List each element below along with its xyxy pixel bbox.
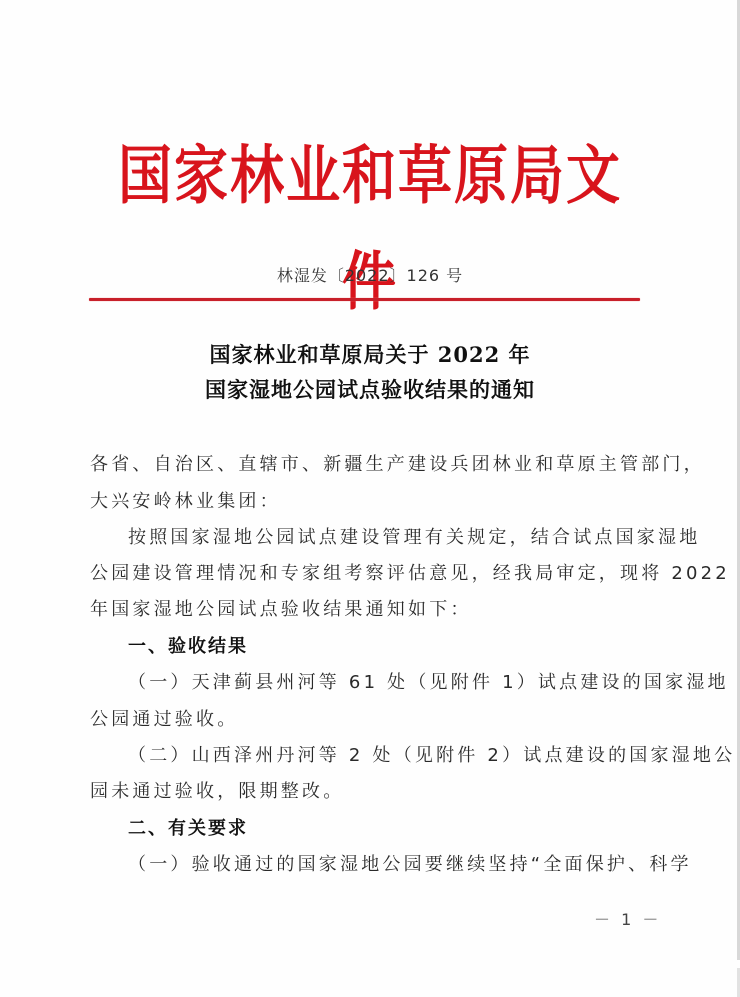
paragraph-line: 公园建设管理情况和专家组考察评估意见，经我局审定，现将 2022 <box>90 559 650 585</box>
paragraph-line: （二）山西泽州丹河等 2 处（见附件 2）试点建设的国家湿地公 <box>128 741 688 767</box>
addressee-line-2: 大兴安岭林业集团： <box>90 487 650 513</box>
notice-title-line-1: 国家林业和草原局关于 2022 年 <box>0 339 740 369</box>
red-divider-rule <box>89 298 640 301</box>
page-number: － 1 － <box>594 907 661 930</box>
addressee-line-1: 各省、自治区、直辖市、新疆生产建设兵团林业和草原主管部门， <box>90 450 650 476</box>
paragraph-line: 年国家湿地公园试点验收结果通知如下： <box>90 595 650 621</box>
paragraph-line: （一）天津蓟县州河等 61 处（见附件 1）试点建设的国家湿地 <box>128 668 688 694</box>
document-number: 林湿发〔2022〕126 号 <box>0 263 740 286</box>
paragraph-line: （一）验收通过的国家湿地公园要继续坚持“全面保护、科学 <box>128 850 688 876</box>
paragraph-line: 按照国家湿地公园试点建设管理有关规定，结合试点国家湿地 <box>128 523 688 549</box>
notice-title-line-2: 国家湿地公园试点验收结果的通知 <box>0 374 740 404</box>
paragraph-line: 公园通过验收。 <box>90 705 650 731</box>
masthead-title: 国家林业和草原局文件 <box>100 122 640 334</box>
paragraph-line: 园未通过验收，限期整改。 <box>90 777 650 803</box>
document-page: 国家林业和草原局文件 林湿发〔2022〕126 号 国家林业和草原局关于 202… <box>0 0 740 997</box>
section-heading-1: 一、验收结果 <box>128 632 688 658</box>
section-heading-2: 二、有关要求 <box>128 814 688 840</box>
